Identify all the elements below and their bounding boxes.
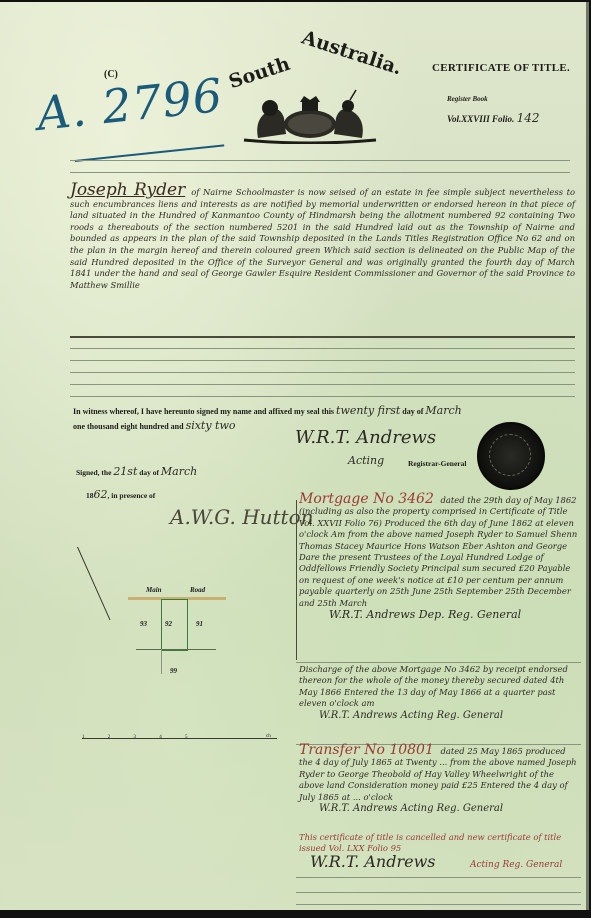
cancellation-signature-title: Acting Reg. General [470,860,562,870]
signed-day: 21st [113,465,137,478]
registrar-signature: W.R.T. Andrews [295,427,436,448]
attestation-day: twenty first [336,404,400,417]
title-description: Joseph Ryderof Nairne Schoolmaster is no… [70,185,575,291]
memorial-heading: Transfer No 10801 [299,742,434,758]
reference-number: A. 2796 [34,68,225,141]
road-label-left: Main [146,586,162,594]
signed-block: Signed, the 21st day of March 1862, in p… [76,461,197,507]
memorial-discharge: Discharge of the above Mortgage No 3462 … [299,664,579,721]
coat-of-arms-icon [240,88,380,144]
signed-month: March [161,465,197,478]
scale-ticks: 1 2 3 4 5 [82,735,199,740]
scale-unit: ch [266,734,271,739]
register-book-label: Register Book [447,95,488,103]
memorial-heading: Mortgage No 3462 [299,491,434,507]
crest-word-australia: Australia. [299,27,404,80]
signed-presence: , in presence of [108,491,156,500]
signed-label: Signed, the [76,468,111,477]
memorial-signature: W.R.T. Andrews Acting Reg. General [319,710,503,721]
certificate-of-title-page: (C) A. 2796 South Australia. CERTIFICATE… [0,2,589,910]
memorial-signature: W.R.T. Andrews Dep. Reg. General [329,608,521,621]
volume-number: XXVIII [461,114,490,124]
folio-label: Folio. [492,114,514,124]
attestation-year: sixty two [186,419,236,432]
lot-91-label: 91 [196,620,203,628]
volume-folio-line: Vol.XXVIII Folio. 142 [447,111,539,125]
road-label-right: Road [190,586,205,594]
lot-92-label: 92 [165,620,172,628]
witness-signature: A.W.G. Hutton [170,505,314,529]
lot-99-label: 99 [170,667,177,675]
registrar-title: Registrar-General [408,459,466,468]
volume-prefix: Vol. [447,114,461,124]
cancellation-signature: W.R.T. Andrews [310,852,435,871]
folio-number: 142 [517,111,540,125]
memorial-text: dated the 29th day of May 1862 (includin… [299,495,577,608]
signed-year-prefix: 18 [86,491,94,500]
title-description-text: of Nairne Schoolmaster is now seised of … [70,187,575,290]
crest-banner: South Australia. [228,32,398,92]
registrar-seal-icon [477,422,545,490]
certificate-title: CERTIFICATE OF TITLE. [432,62,570,74]
registrar-acting: Acting [348,454,384,467]
attestation-month: March [425,404,461,417]
lot-plan: Main Road 93 92 91 99 [90,582,220,692]
attestation-line2: one thousand eight hundred and [73,422,184,431]
lot-93-label: 93 [140,620,147,628]
attestation-line1: In witness whereof, I have hereunto sign… [73,407,334,416]
proprietor-name: Joseph Ryder [70,180,185,200]
attestation-day-of: day of [402,407,423,416]
signed-day-of: day of [139,468,159,477]
memorial-transfer: Transfer No 10801 dated 25 May 1865 prod… [299,745,579,814]
signed-year-suffix: 62 [94,488,108,501]
memorial-text: This certificate of title is cancelled a… [299,832,561,853]
memorial-text: Discharge of the above Mortgage No 3462 … [299,664,568,708]
memorial-signature: W.R.T. Andrews Acting Reg. General [319,803,503,814]
memorial-mortgage: Mortgage No 3462 dated the 29th day of M… [299,494,579,621]
